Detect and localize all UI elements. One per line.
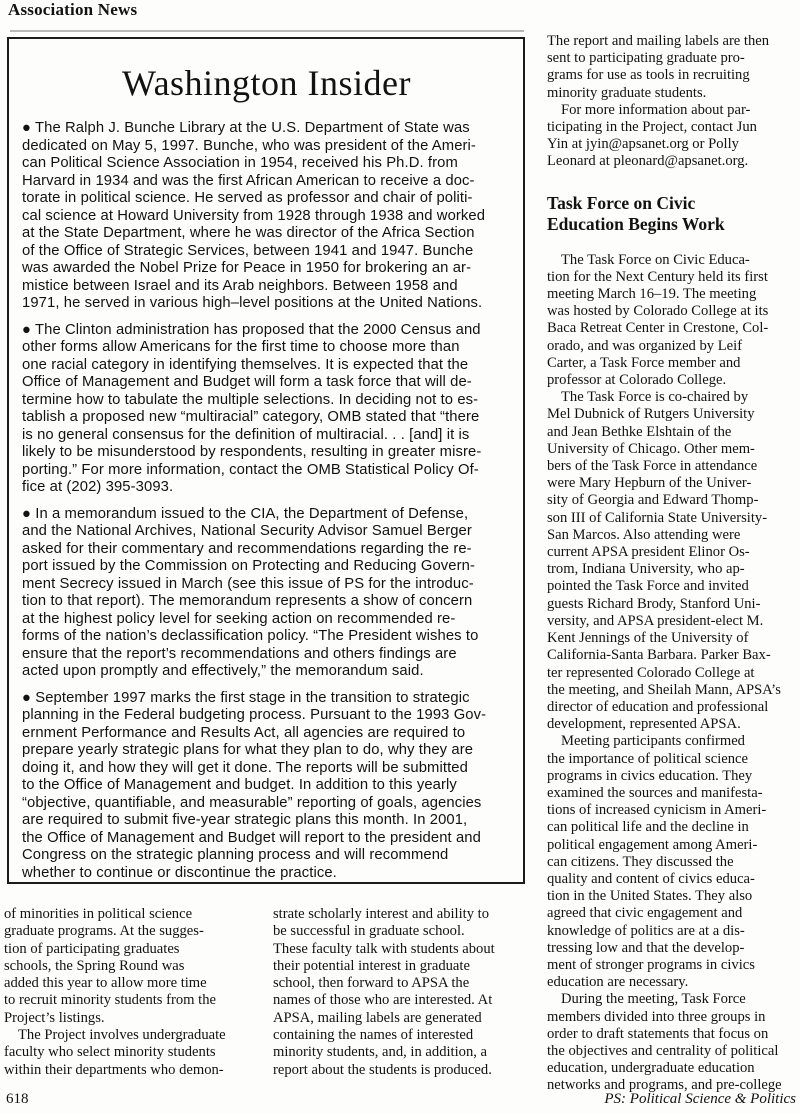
scan-artifact-line [10, 30, 524, 32]
paragraph-project-involves-faculty: The Project involves undergraduate facul… [4, 1027, 255, 1079]
section-header: Association News [8, 0, 137, 20]
paragraph-task-force-members: The Task Force is co-chaired by Mel Dubn… [547, 389, 798, 733]
journal-page: Association News Washington Insider ● Th… [0, 0, 800, 1114]
section-heading-task-force: Task Force on Civic Education Begins Wor… [547, 193, 798, 236]
paragraph-task-force-first-meeting: The Task Force on Civic Educa- tion for … [547, 252, 798, 390]
box-title: Washington Insider [22, 63, 511, 104]
footer-page-number: 618 [6, 1091, 29, 1108]
washington-insider-box: Washington Insider ● The Ralph J. Bunche… [7, 37, 525, 884]
bullet-item-bunche-library: ● The Ralph J. Bunche Library at the U.S… [22, 120, 511, 313]
paragraph-more-information-contact: For more information about par- ticipati… [547, 102, 798, 171]
paragraph-report-mailing-labels: The report and mailing labels are then s… [547, 33, 798, 102]
bullet-item-secrecy-memorandum: ● In a memorandum issued to the CIA, the… [22, 506, 511, 681]
right-column: The report and mailing labels are then s… [547, 33, 798, 1095]
paragraph-three-groups: During the meeting, Task Force members d… [547, 991, 798, 1094]
paragraph-scholarly-interest: strate scholarly interest and ability to… [273, 906, 529, 1079]
bottom-left-column: of minorities in political science gradu… [4, 906, 255, 1079]
footer-journal-title: PS: Political Science & Politics [604, 1091, 796, 1108]
bottom-middle-column: strate scholarly interest and ability to… [273, 906, 529, 1079]
paragraph-meeting-participants: Meeting participants confirmed the impor… [547, 733, 798, 991]
paragraph-minorities-graduate-programs: of minorities in political science gradu… [4, 906, 255, 1027]
bullet-item-census-multiracial: ● The Clinton administration has propose… [22, 322, 511, 497]
bullet-item-strategic-planning: ● September 1997 marks the first stage i… [22, 690, 511, 883]
